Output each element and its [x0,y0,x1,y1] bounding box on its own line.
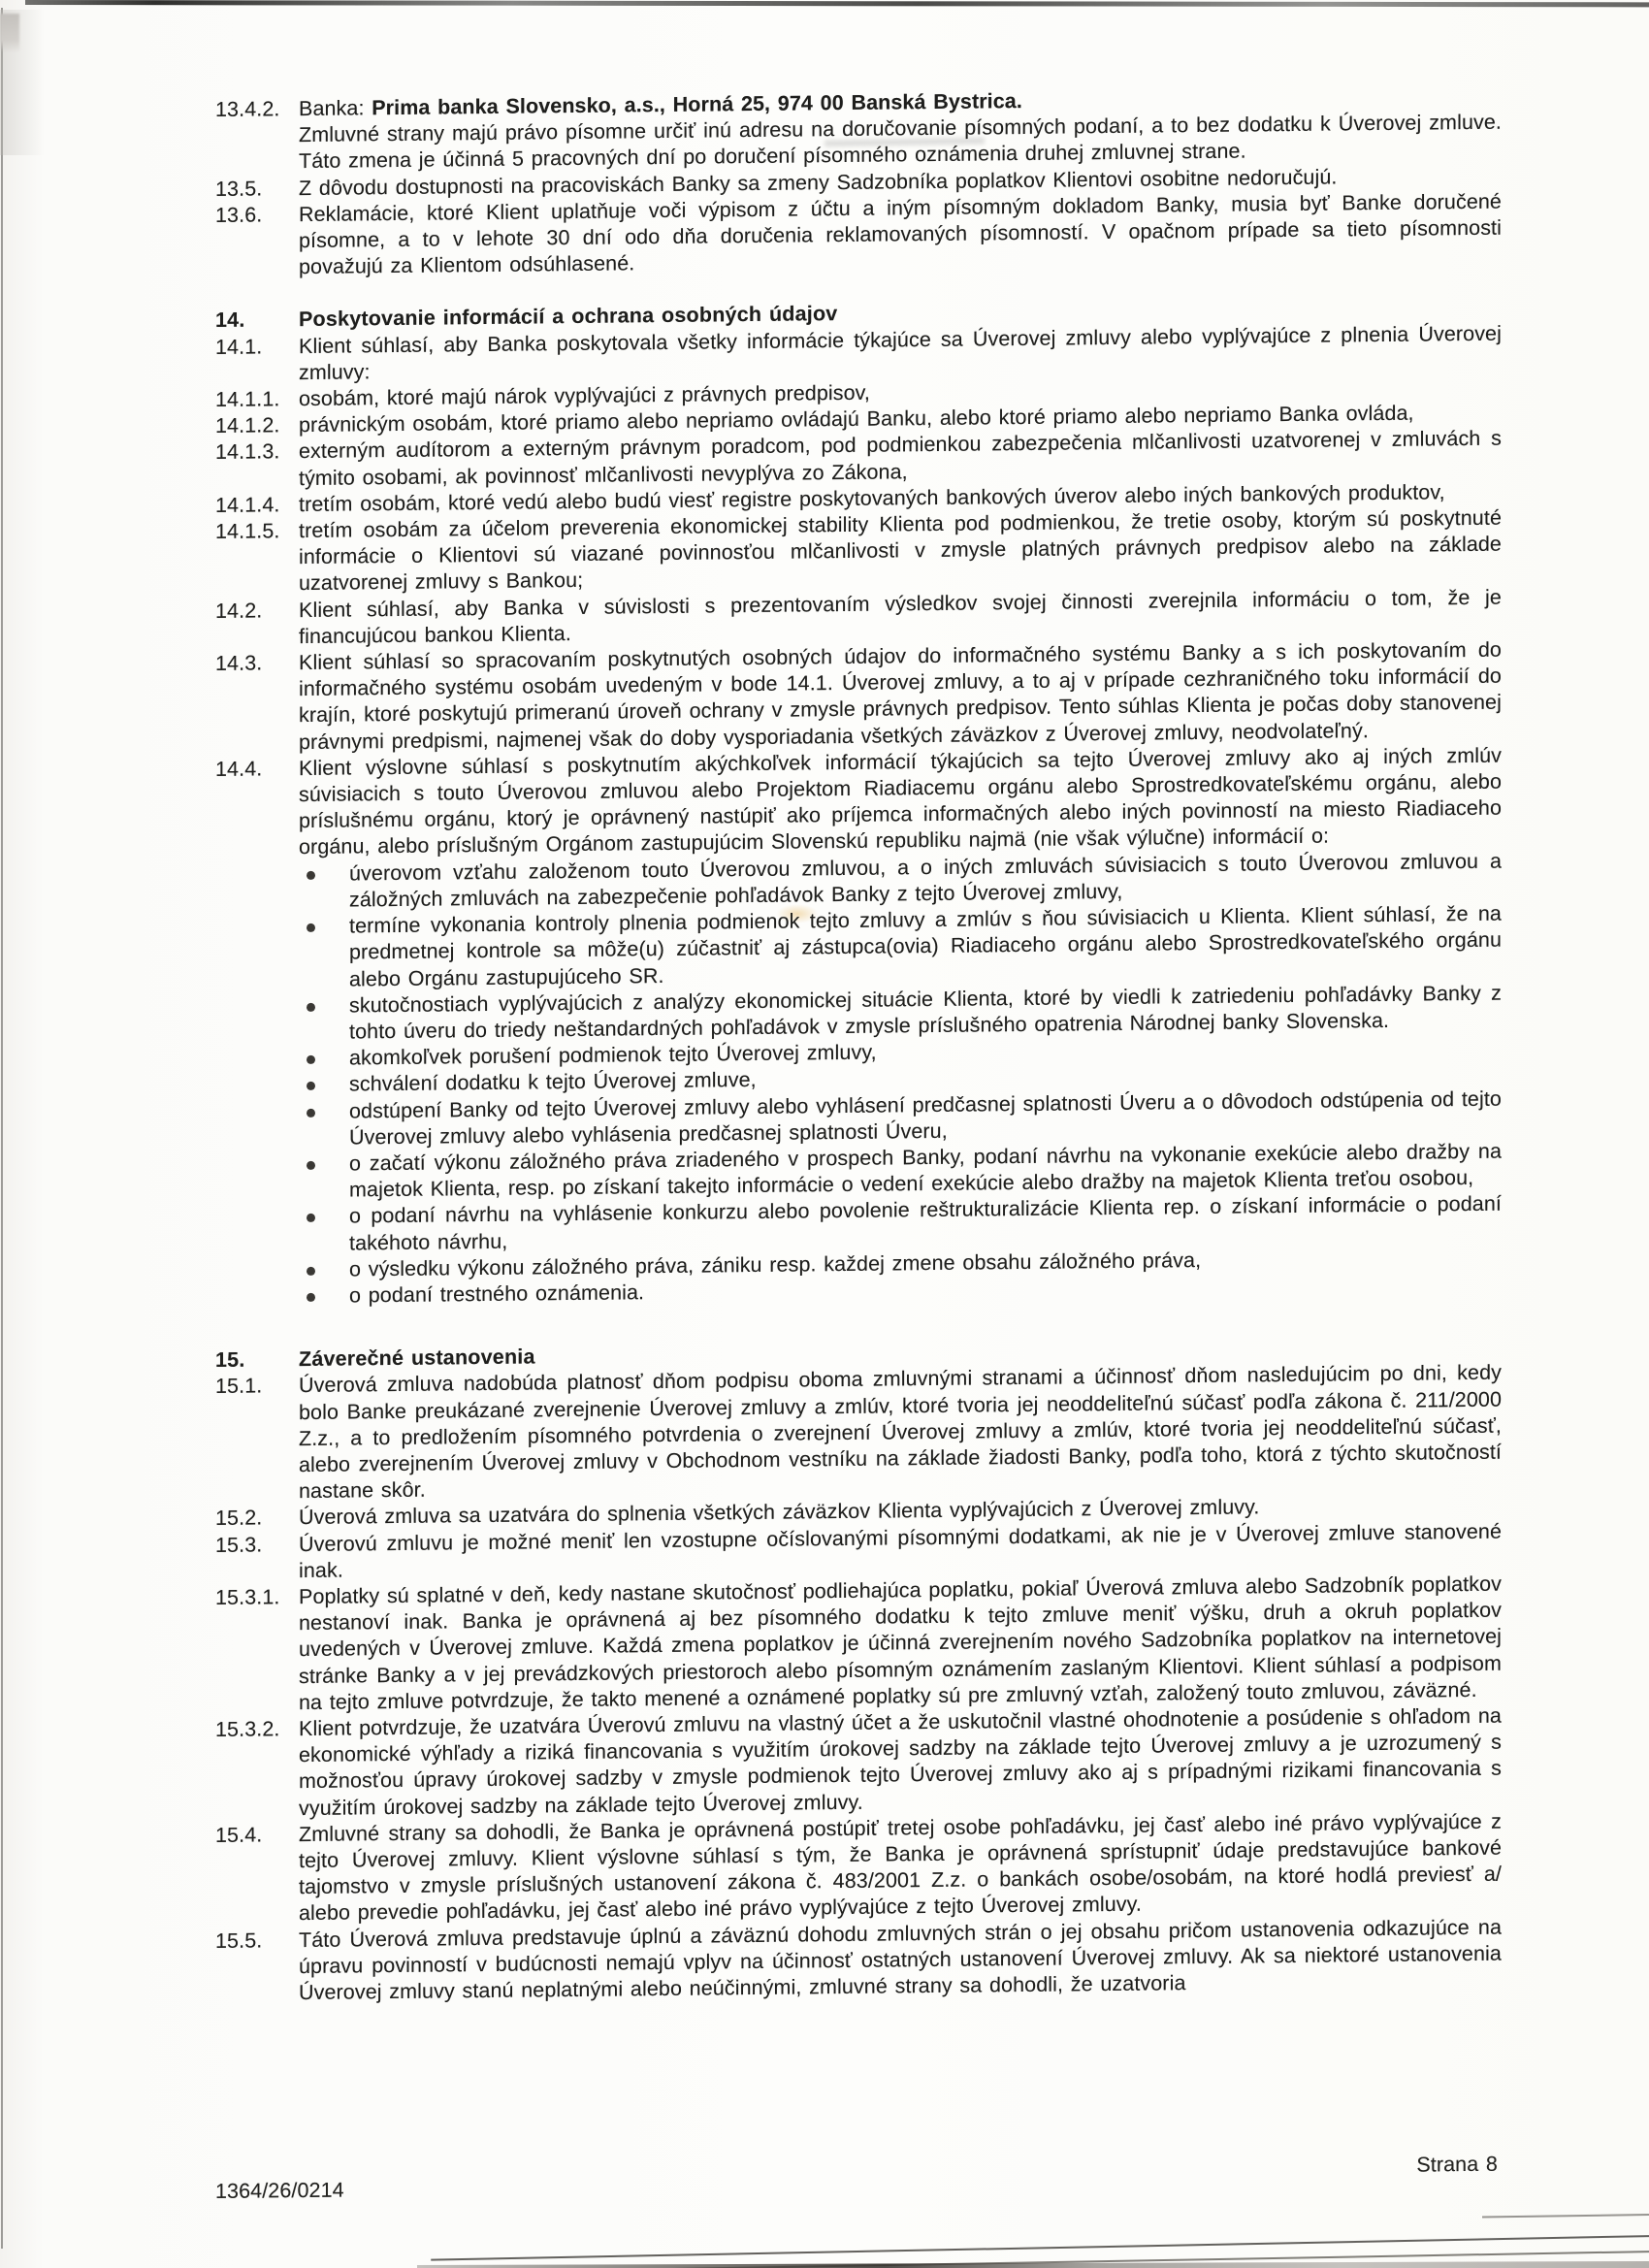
bullet-dot-icon [307,1161,315,1170]
document-reference-number: 1364/26/0214 [215,2178,344,2206]
contract-clause: 15.3.2.Klient potvrdzuje, že uzatvára Úv… [215,1703,1502,1823]
clause-text: Úverová zmluva nadobúda platnosť dňom po… [299,1360,1502,1505]
clause-number: 14. [215,307,299,334]
bullet-marker [299,1150,349,1204]
bullet-dot-icon [307,1267,315,1276]
contract-clause: 13.6.Reklamácie, ktoré Klient uplatňuje … [215,188,1502,281]
bullet-marker [299,1098,349,1151]
bullet-marker [299,860,349,914]
bank-address-bold: Prima banka Slovensko, a.s., Horná 25, 9… [372,89,1022,119]
clause-number: 14.1.3. [215,439,299,493]
clause-text: Klient potvrdzuje, že uzatvára Úverovú z… [299,1703,1502,1822]
clause-text: Táto Úverová zmluva predstavuje úplnú a … [299,1914,1502,2006]
bullet-marker [299,1072,349,1099]
clause-number: 14.1.1. [215,386,299,413]
bullet-dot-icon [307,1108,315,1117]
page-number: Strana 8 [1416,2152,1498,2179]
contract-clause: 15.1.Úverová zmluva nadobúda platnosť dň… [215,1360,1502,1506]
bullet-dot-icon [307,1055,315,1064]
clause-number: 14.1.4. [215,492,299,519]
clause-list: 13.4.2.Banka: Prima banka Slovensko, a.s… [215,83,1502,2008]
clause-text: Banka: Prima banka Slovensko, a.s., Horn… [299,83,1502,176]
contract-clause: 13.4.2.Banka: Prima banka Slovensko, a.s… [215,83,1502,177]
bullet-marker [299,1204,349,1257]
bullet-marker [299,992,349,1046]
clause-number: 13.4.2. [215,96,299,177]
clause-text-segment: Banka: [299,96,372,120]
scan-artifact-left-wash [0,10,45,155]
clause-number: 14.4. [215,756,299,862]
clause-number: 15.1. [215,1373,299,1506]
bullet-dot-icon [307,1003,315,1012]
clause-number: 14.1.5. [215,518,299,599]
bullet-dot-icon [307,1214,315,1222]
clause-number: 15.3.1. [215,1584,299,1717]
bullet-dot-icon [307,871,315,880]
contract-clause: 15.4.Zmluvné strany sa dohodli, že Banka… [215,1808,1502,1928]
clause-number: 15. [215,1346,299,1374]
clause-text: Reklamácie, ktoré Klient uplatňuje voči … [299,188,1502,280]
clause-number: 13.6. [215,202,299,282]
bullet-marker [299,1256,349,1283]
scanned-page: { "page": { "kind": "scanned contract pa… [0,0,1649,2268]
contract-clause: 14.1.5.tretím osobám za účelom prevereni… [215,505,1502,599]
clause-number: 15.5. [215,1928,299,2008]
clause-number: 15.3.2. [215,1716,299,1823]
clause-number: 14.1. [215,334,299,387]
contract-clause: 14.3.Klient súhlasí so spracovaním posky… [215,637,1502,757]
contract-clause: 15.3.1.Poplatky sú splatné v deň, kedy n… [215,1571,1502,1717]
bullet-text: termíne vykonania kontroly plnenia podmi… [349,901,1502,992]
bullet-marker [299,914,349,993]
clause-number: 15.3. [215,1532,299,1585]
bullet-marker [299,1282,349,1310]
clause-number: 15.2. [215,1505,299,1532]
clause-text: Klient súhlasí so spracovaním poskytnutý… [299,637,1502,756]
clause-number: 15.4. [215,1822,299,1928]
bullet-dot-icon [307,1293,315,1302]
clause-number: 14.2. [215,598,299,651]
clause-number: 14.1.2. [215,412,299,439]
bullet-item: termíne vykonania kontroly plnenia podmi… [299,901,1502,993]
document-body: 13.4.2.Banka: Prima banka Slovensko, a.s… [215,83,1502,2192]
clause-text: tretím osobám za účelom preverenia ekono… [299,505,1502,598]
bullet-dot-icon [307,1082,315,1090]
clause-text: Klient výslovne súhlasí s poskytnutím ak… [299,743,1502,861]
scan-artifact-left-edge [1,8,3,2249]
bullet-marker [299,1046,349,1073]
contract-clause: 14.4.Klient výslovne súhlasí s poskytnut… [215,743,1502,862]
contract-clause: 15.5.Táto Úverová zmluva predstavuje úpl… [215,1914,1502,2007]
clause-text: Poplatky sú splatné v deň, kedy nastane … [299,1571,1502,1716]
bullet-dot-icon [307,923,315,932]
clause-number: 14.3. [215,650,299,757]
clause-number: 13.5. [215,176,299,203]
clause-text: Zmluvné strany sa dohodli, že Banka je o… [299,1808,1502,1927]
